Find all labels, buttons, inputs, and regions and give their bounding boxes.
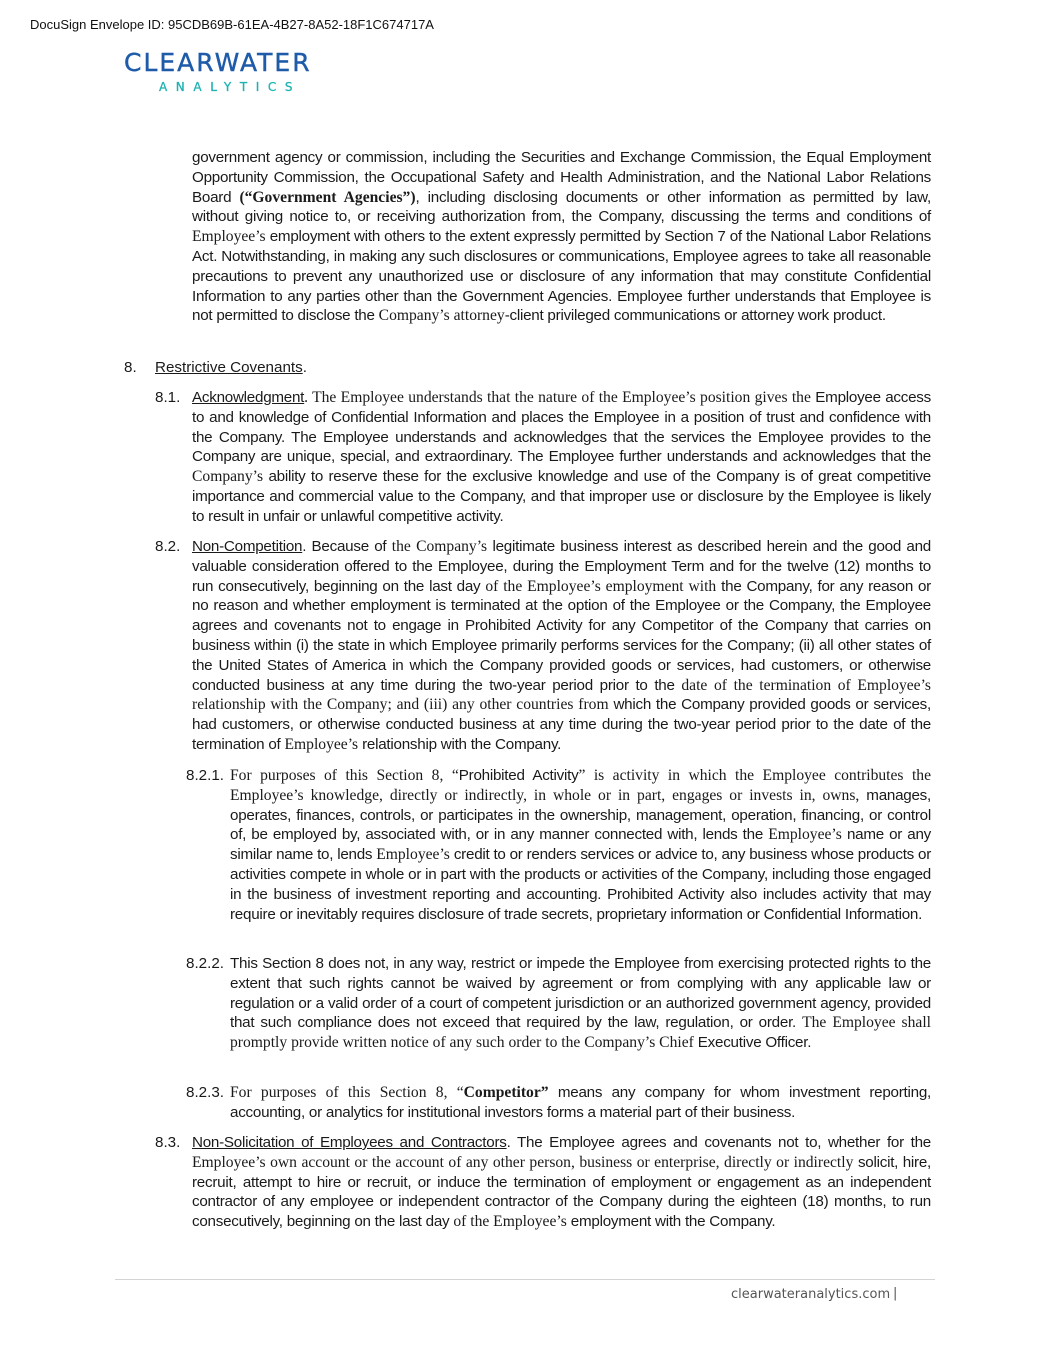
text: Employee’s	[285, 736, 359, 753]
intro-paragraph: government agency or commission, includi…	[192, 148, 931, 326]
text: . The Employee agrees and covenants not …	[507, 1134, 931, 1151]
text: Employee’s	[768, 826, 842, 843]
section-8-1-title: Acknowledgment	[192, 389, 304, 406]
company-logo: CLEARWATER ANALYTICS	[124, 50, 344, 94]
section-8-3-title: Non-Solicitation of Employees and Contra…	[192, 1134, 507, 1151]
section-8-2-paragraph: Non-Competition. Because of the Company’…	[192, 537, 931, 755]
section-8-2-3-number: 8.2.3.	[186, 1083, 224, 1103]
section-8-1-paragraph: Acknowledgment. The Employee understands…	[192, 388, 931, 527]
logo-wordmark: CLEARWATER	[124, 50, 344, 76]
section-8-3-number: 8.3.	[155, 1133, 180, 1153]
defined-term: (“Government Agencies”)	[239, 189, 415, 206]
logo-subtitle: ANALYTICS	[159, 80, 344, 94]
text: employment with the Company.	[567, 1213, 776, 1230]
text: For purposes of this Section 8, “	[230, 767, 459, 784]
footer-website: clearwateranalytics.com	[731, 1287, 890, 1302]
text: .	[303, 359, 307, 376]
footer-divider	[115, 1279, 935, 1280]
section-8-2-1-paragraph: For purposes of this Section 8, “Prohibi…	[230, 766, 931, 924]
section-8-2-2-paragraph: This Section 8 does not, in any way, res…	[230, 954, 931, 1053]
text: . Because of	[302, 538, 392, 555]
defined-term: Prohibited Activity	[459, 767, 579, 784]
text: Employee’s	[376, 846, 450, 863]
section-8-2-1-number: 8.2.1.	[186, 766, 224, 786]
section-8-2-number: 8.2.	[155, 537, 180, 557]
section-8-2-3-paragraph: For purposes of this Section 8, “Competi…	[230, 1083, 931, 1123]
section-8-heading: Restrictive Covenants.	[155, 358, 307, 378]
text: Company’s attorney	[379, 307, 505, 324]
text: the Company’s	[392, 538, 487, 555]
section-8-title: Restrictive Covenants	[155, 359, 303, 376]
text: -client privileged communications or att…	[505, 307, 886, 324]
text: Employee’s	[192, 228, 266, 245]
text: For purposes of this Section 8, “	[230, 1084, 464, 1101]
text: . The Employee understands that the natu…	[304, 389, 811, 406]
text: Executive Officer.	[694, 1034, 811, 1051]
envelope-id: DocuSign Envelope ID: 95CDB69B-61EA-4B27…	[30, 17, 434, 32]
defined-term: Competitor”	[464, 1084, 549, 1101]
text: ability to reserve these for the exclusi…	[192, 468, 931, 525]
text: of the Employee’s	[453, 1213, 566, 1230]
section-8-3-paragraph: Non-Solicitation of Employees and Contra…	[192, 1133, 931, 1232]
text: of the Employee’s employment with	[485, 578, 716, 595]
text: relationship with the Company.	[358, 736, 561, 753]
section-8-2-2-number: 8.2.2.	[186, 954, 224, 974]
section-8-number: 8.	[124, 358, 137, 378]
section-8-2-title: Non-Competition	[192, 538, 302, 555]
footer-separator: |	[893, 1286, 897, 1301]
text: Employee’s own account or the account of…	[192, 1154, 853, 1171]
section-8-1-number: 8.1.	[155, 388, 180, 408]
text: Company’s	[192, 468, 263, 485]
